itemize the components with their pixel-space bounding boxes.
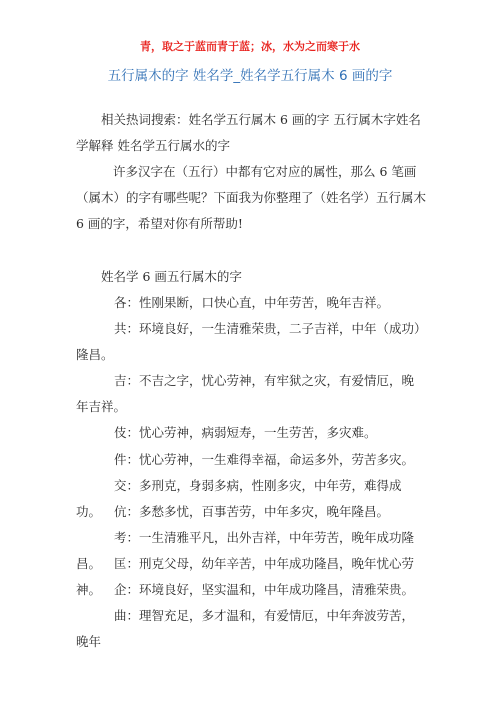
entry-item: 共：环境良好，一生清雅荣贵，二子吉祥，中年（成功）隆昌。 — [76, 316, 426, 368]
document-page: 青，取之于蓝而青于蓝；冰，水为之而寒于水 五行属木的字 姓名学_姓名学五行属木 … — [0, 0, 500, 708]
entry-item: 曲：理智充足，多才温和，有爱情厄，中年奔波劳苦，晚年 — [76, 603, 426, 655]
entry-item: 企：环境良好，坚实温和，中年成功隆昌，清雅荣贵。 — [76, 577, 426, 603]
entry-item: 伉：多愁多忧，百事苦劳，中年多灾，晚年隆昌。 — [76, 499, 426, 525]
entry-item: 各：性刚果断，口快心直，中年劳苦，晚年吉祥。 — [76, 290, 426, 316]
entry-item: 件：忧心劳神，一生难得幸福，命运多外，劳苦多灾。 — [76, 447, 426, 473]
intro-paragraph: 许多汉字在（五行）中都有它对应的属性，那么 6 笔画（属木）的字有哪些呢？下面我… — [76, 159, 426, 237]
document-title: 五行属木的字 姓名学_姓名学五行属木 6 画的字 — [0, 64, 500, 84]
related-search-text: 相关热词搜索：姓名学五行属木 6 画的字 五行属木字姓名学解释 姓名学五行属水的… — [76, 107, 426, 159]
entry-item: 吉：不吉之字，忧心劳神，有牢狱之灾，有爱情厄，晚年吉祥。 — [76, 368, 426, 420]
header-quote: 青，取之于蓝而青于蓝；冰，水为之而寒于水 — [0, 38, 500, 54]
entry-item: 伎：忧心劳神，病弱短寿，一生劳苦，多灾难。 — [76, 420, 426, 446]
section-heading: 姓名学 6 画五行属木的字 — [76, 264, 426, 290]
